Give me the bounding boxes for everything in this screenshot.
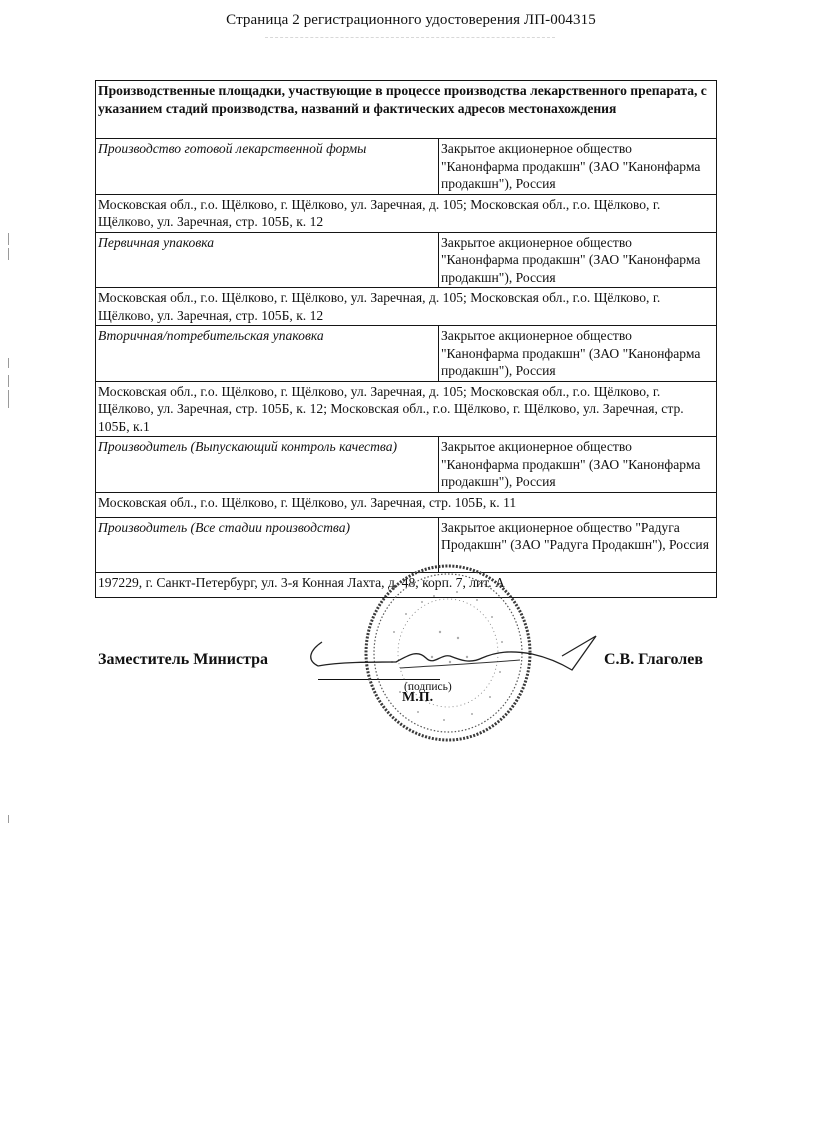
- production-sites-table: Производственные площадки, участвующие в…: [95, 80, 717, 598]
- site-company: Закрытое акционерное общество "Канонфарм…: [439, 437, 717, 493]
- site-row: Производство готовой лекарственной формы…: [96, 139, 717, 195]
- table-heading-row: Производственные площадки, участвующие в…: [96, 81, 717, 139]
- site-address-row: Московская обл., г.о. Щёлково, г. Щёлков…: [96, 288, 717, 326]
- site-row: Производитель (Выпускающий контроль каче…: [96, 437, 717, 493]
- scan-noise: [265, 37, 555, 42]
- scan-margin-mark: [8, 390, 9, 408]
- site-stage: Производитель (Выпускающий контроль каче…: [96, 437, 439, 493]
- site-address: Московская обл., г.о. Щёлково, г. Щёлков…: [96, 194, 717, 232]
- site-stage: Производство готовой лекарственной формы: [96, 139, 439, 195]
- site-company: Закрытое акционерное общество "Канонфарм…: [439, 139, 717, 195]
- scan-margin-mark: [8, 233, 9, 245]
- scan-margin-mark: [8, 375, 9, 387]
- page-header: Страница 2 регистрационного удостоверени…: [0, 12, 822, 29]
- site-address: Московская обл., г.о. Щёлково, г. Щёлков…: [96, 381, 717, 437]
- site-address: Московская обл., г.о. Щёлково, г. Щёлков…: [96, 288, 717, 326]
- site-row: Первичная упаковка Закрытое акционерное …: [96, 232, 717, 288]
- site-company: Закрытое акционерное общество "Канонфарм…: [439, 232, 717, 288]
- signatory-title: Заместитель Министра: [98, 651, 268, 669]
- site-row: Вторичная/потребительская упаковка Закры…: [96, 326, 717, 382]
- site-address-row: Московская обл., г.о. Щёлково, г. Щёлков…: [96, 381, 717, 437]
- site-address-row: Московская обл., г.о. Щёлково, г. Щёлков…: [96, 492, 717, 517]
- site-stage: Вторичная/потребительская упаковка: [96, 326, 439, 382]
- scan-margin-mark: [8, 248, 9, 260]
- handwritten-signature-icon: [300, 610, 620, 690]
- site-address: Московская обл., г.о. Щёлково, г. Щёлков…: [96, 492, 717, 517]
- scan-margin-mark: [8, 815, 9, 823]
- site-company: Закрытое акционерное общество "Канонфарм…: [439, 326, 717, 382]
- site-stage: Первичная упаковка: [96, 232, 439, 288]
- table-heading: Производственные площадки, участвующие в…: [96, 81, 717, 139]
- scan-margin-mark: [8, 358, 9, 368]
- site-address-row: Московская обл., г.о. Щёлково, г. Щёлков…: [96, 194, 717, 232]
